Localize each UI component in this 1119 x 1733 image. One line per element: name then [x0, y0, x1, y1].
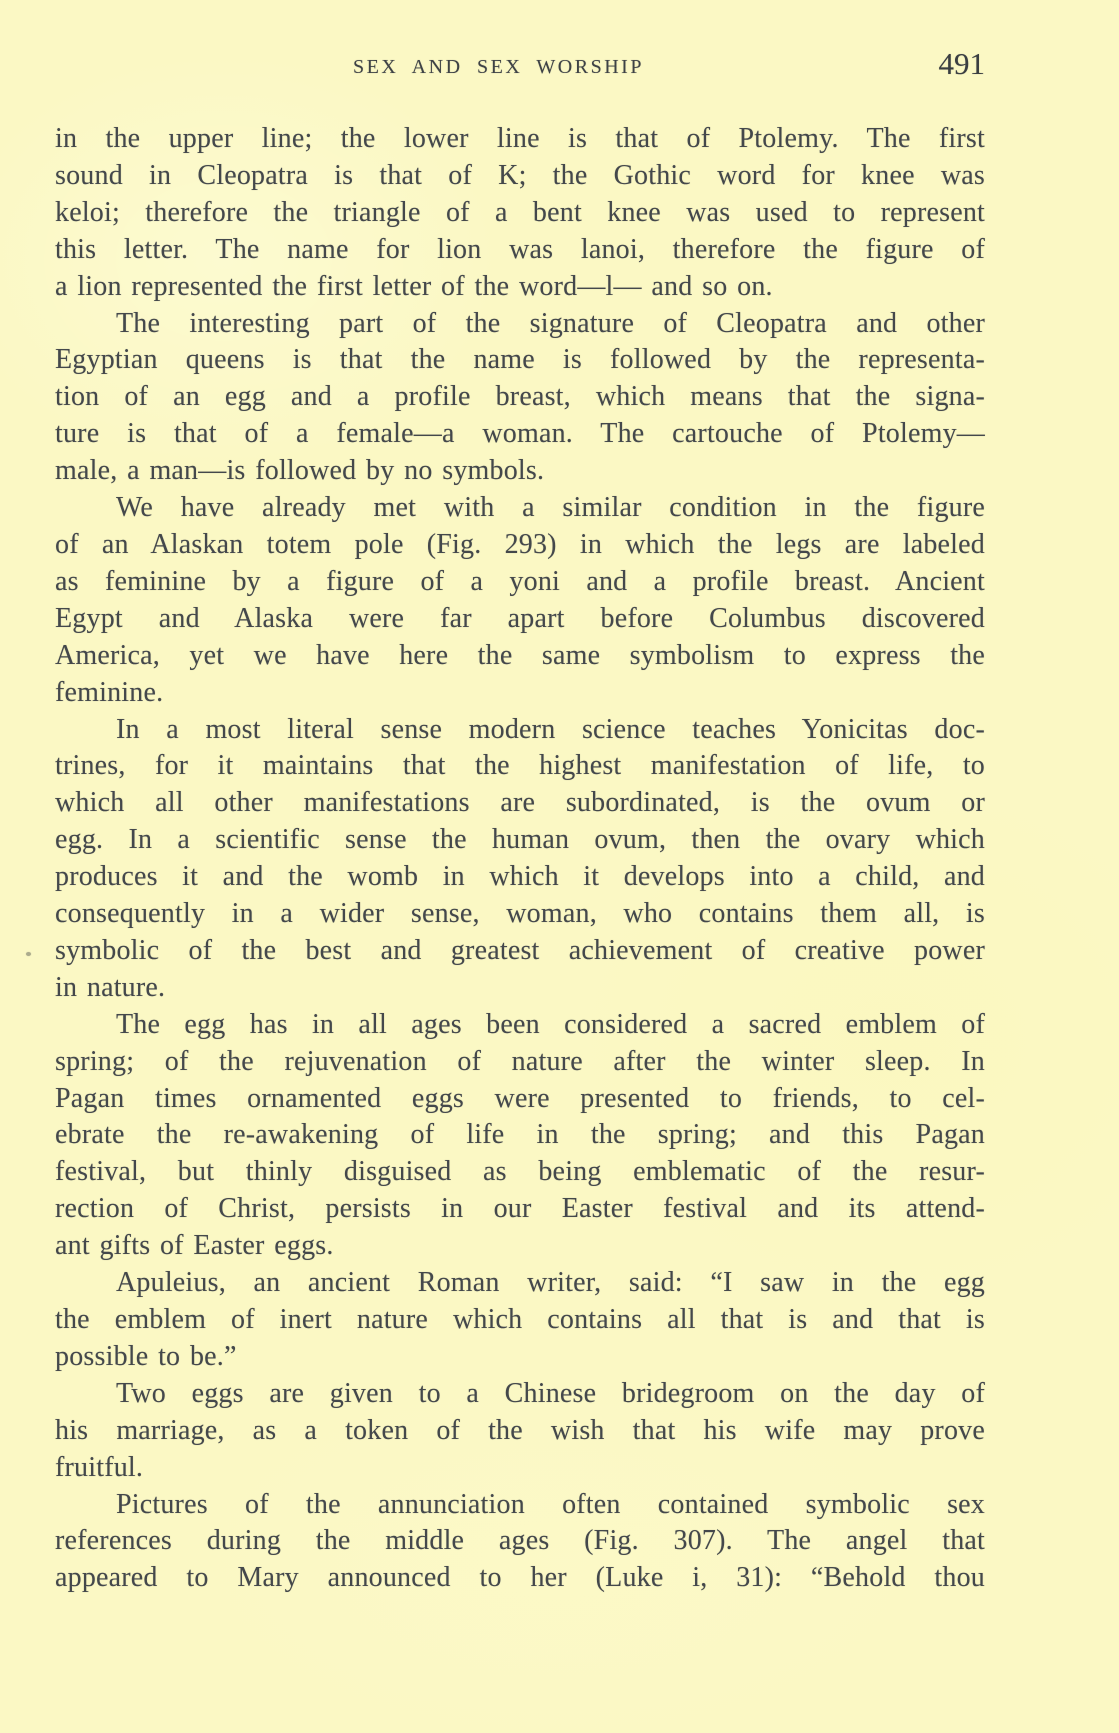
text-line: the emblem of inert nature which contain… — [55, 1302, 985, 1339]
paragraph: In a most literal sense modern science t… — [55, 712, 985, 1007]
text-line: The interesting part of the signature of… — [55, 306, 985, 343]
text-line: a lion represented the first letter of t… — [55, 269, 985, 306]
text-line: this letter. The name for lion was lanoi… — [55, 232, 985, 269]
print-speck — [26, 952, 31, 956]
text-line: ebrate the re-awakening of life in the s… — [55, 1117, 985, 1154]
text-line: egg. In a scientific sense the human ovu… — [55, 822, 985, 859]
text-line: We have already met with a similar condi… — [55, 490, 985, 527]
text-line: sound in Cleopatra is that of K; the Got… — [55, 158, 985, 195]
text-line: festival, but thinly disguised as being … — [55, 1154, 985, 1191]
text-line: Egyptian queens is that the name is foll… — [55, 342, 985, 379]
text-line: possible to be.” — [55, 1339, 985, 1376]
text-line: produces it and the womb in which it dev… — [55, 859, 985, 896]
text-line: fruitful. — [55, 1450, 985, 1487]
page-number: 491 — [55, 46, 985, 82]
paragraph: The egg has in all ages been considered … — [55, 1007, 985, 1265]
text-line: Pagan times ornamented eggs were present… — [55, 1081, 985, 1118]
text-line: consequently in a wider sense, woman, wh… — [55, 896, 985, 933]
text-line: which all other manifestations are subor… — [55, 785, 985, 822]
text-line: tion of an egg and a profile breast, whi… — [55, 379, 985, 416]
paragraph: Apuleius, an ancient Roman writer, said:… — [55, 1265, 985, 1376]
text-line: Pictures of the annunciation often conta… — [55, 1487, 985, 1524]
text-line: Egypt and Alaska were far apart before C… — [55, 601, 985, 638]
text-line: as feminine by a figure of a yoni and a … — [55, 564, 985, 601]
text-line: references during the middle ages (Fig. … — [55, 1523, 985, 1560]
text-line: his marriage, as a token of the wish tha… — [55, 1413, 985, 1450]
text-line: keloi; therefore the triangle of a bent … — [55, 195, 985, 232]
text-line: in the upper line; the lower line is tha… — [55, 121, 985, 158]
text-line: In a most literal sense modern science t… — [55, 712, 985, 749]
text-line: of an Alaskan totem pole (Fig. 293) in w… — [55, 527, 985, 564]
book-page: SEX AND SEX WORSHIP 491 in the upper lin… — [0, 0, 1119, 1733]
text-line: in nature. — [55, 970, 985, 1007]
body-text: in the upper line; the lower line is tha… — [55, 121, 985, 1597]
text-line: Apuleius, an ancient Roman writer, said:… — [55, 1265, 985, 1302]
text-line: ture is that of a female—a woman. The ca… — [55, 416, 985, 453]
text-line: Two eggs are given to a Chinese bridegro… — [55, 1376, 985, 1413]
running-head: SEX AND SEX WORSHIP 491 — [0, 50, 1119, 94]
text-line: rection of Christ, persists in our Easte… — [55, 1191, 985, 1228]
text-line: spring; of the rejuvenation of nature af… — [55, 1044, 985, 1081]
text-line: symbolic of the best and greatest achiev… — [55, 933, 985, 970]
paragraph: The interesting part of the signature of… — [55, 306, 985, 491]
paragraph: Two eggs are given to a Chinese bridegro… — [55, 1376, 985, 1487]
text-line: appeared to Mary announced to her (Luke … — [55, 1560, 985, 1597]
paragraph: We have already met with a similar condi… — [55, 490, 985, 711]
text-line: feminine. — [55, 675, 985, 712]
text-line: male, a man—is followed by no symbols. — [55, 453, 985, 490]
paragraph: in the upper line; the lower line is tha… — [55, 121, 985, 306]
paragraph: Pictures of the annunciation often conta… — [55, 1487, 985, 1598]
text-line: America, yet we have here the same symbo… — [55, 638, 985, 675]
text-line: The egg has in all ages been considered … — [55, 1007, 985, 1044]
text-line: trines, for it maintains that the highes… — [55, 748, 985, 785]
text-line: ant gifts of Easter eggs. — [55, 1228, 985, 1265]
